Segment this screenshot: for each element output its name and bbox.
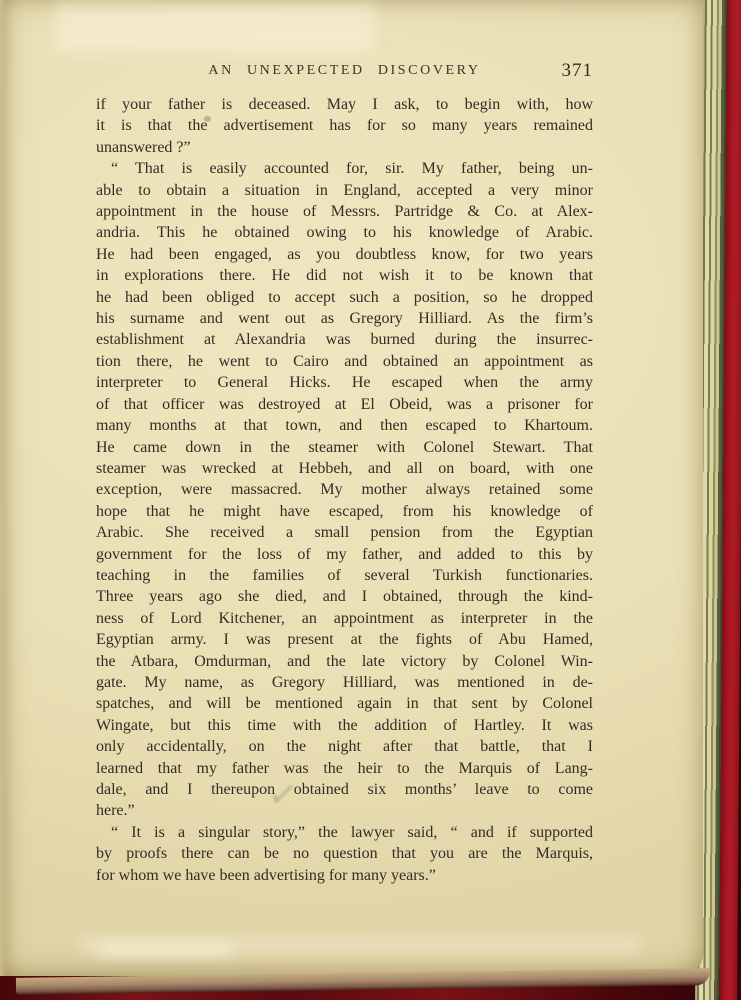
text-line: teaching in the families of several Turk… <box>96 565 593 586</box>
text-line: here.” <box>96 800 593 821</box>
text-line: “ It is a singular story,” the lawyer sa… <box>96 822 593 843</box>
page-text: if your father is deceased. May I ask, t… <box>96 94 593 886</box>
text-line: “ That is easily accounted for, sir. My … <box>96 158 593 179</box>
running-header-title: AN UNEXPECTED DISCOVERY <box>96 60 593 79</box>
text-line: hope that he might have escaped, from hi… <box>96 501 593 522</box>
scan-light-streak <box>80 938 640 954</box>
text-line: his surname and went out as Gregory Hill… <box>96 308 593 329</box>
text-line: gate. My name, as Gregory Hilliard, was … <box>96 672 593 693</box>
text-line: spatches, and will be mentioned again in… <box>96 693 593 714</box>
text-line: Three years ago she died, and I obtained… <box>96 586 593 607</box>
text-line: he had been obliged to accept such a pos… <box>96 287 593 308</box>
text-line: for whom we have been advertising for ma… <box>96 865 593 886</box>
paper-stain <box>204 116 211 122</box>
text-line: exception, were massacred. My mother alw… <box>96 479 593 500</box>
text-line: by proofs there can be no question that … <box>96 843 593 864</box>
paragraph: “ It is a singular story,” the lawyer sa… <box>96 822 593 886</box>
text-line: andria. This he obtained owing to his kn… <box>96 222 593 243</box>
text-line: He came down in the steamer with Colonel… <box>96 437 593 458</box>
scan-light-streak <box>100 944 230 956</box>
text-line: appointment in the house of Messrs. Part… <box>96 201 593 222</box>
paragraph: “ That is easily accounted for, sir. My … <box>96 158 593 822</box>
scanned-book-photo: AN UNEXPECTED DISCOVERY 371 if your fath… <box>0 0 741 1000</box>
text-line: dale, and I thereupon obtained six month… <box>96 779 593 800</box>
book-page: AN UNEXPECTED DISCOVERY 371 if your fath… <box>0 0 703 976</box>
text-line: government for the loss of my father, an… <box>96 544 593 565</box>
text-line: Wingate, but this time with the addition… <box>96 715 593 736</box>
text-line: tion there, he went to Cairo and obtaine… <box>96 351 593 372</box>
text-line: in explorations there. He did not wish i… <box>96 265 593 286</box>
text-line: of that officer was destroyed at El Obei… <box>96 394 593 415</box>
text-line: unanswered ?” <box>96 137 593 158</box>
page-number: 371 <box>562 60 594 82</box>
text-line: many months at that town, and then escap… <box>96 415 593 436</box>
text-line: ness of Lord Kitchener, an appointment a… <box>96 608 593 629</box>
text-line: it is that the advertisement has for so … <box>96 115 593 136</box>
text-line: Arabic. She received a small pension fro… <box>96 522 593 543</box>
text-line: He had been engaged, as you doubtless kn… <box>96 244 593 265</box>
text-line: if your father is deceased. May I ask, t… <box>96 94 593 115</box>
text-line: steamer was wrecked at Hebbeh, and all o… <box>96 458 593 479</box>
text-line: Egyptian army. I was present at the figh… <box>96 629 593 650</box>
text-line: establishment at Alexandria was burned d… <box>96 329 593 350</box>
text-line: only accidentally, on the night after th… <box>96 736 593 757</box>
text-line: able to obtain a situation in England, a… <box>96 180 593 201</box>
pencil-checkmark: ✓ <box>266 776 301 816</box>
scan-light-streak <box>55 4 375 52</box>
paragraph: if your father is deceased. May I ask, t… <box>96 94 593 158</box>
text-line: interpreter to General Hicks. He escaped… <box>96 372 593 393</box>
text-line: learned that my father was the heir to t… <box>96 758 593 779</box>
text-line: the Atbara, Omdurman, and the late victo… <box>96 651 593 672</box>
page-header: AN UNEXPECTED DISCOVERY 371 <box>96 60 593 82</box>
